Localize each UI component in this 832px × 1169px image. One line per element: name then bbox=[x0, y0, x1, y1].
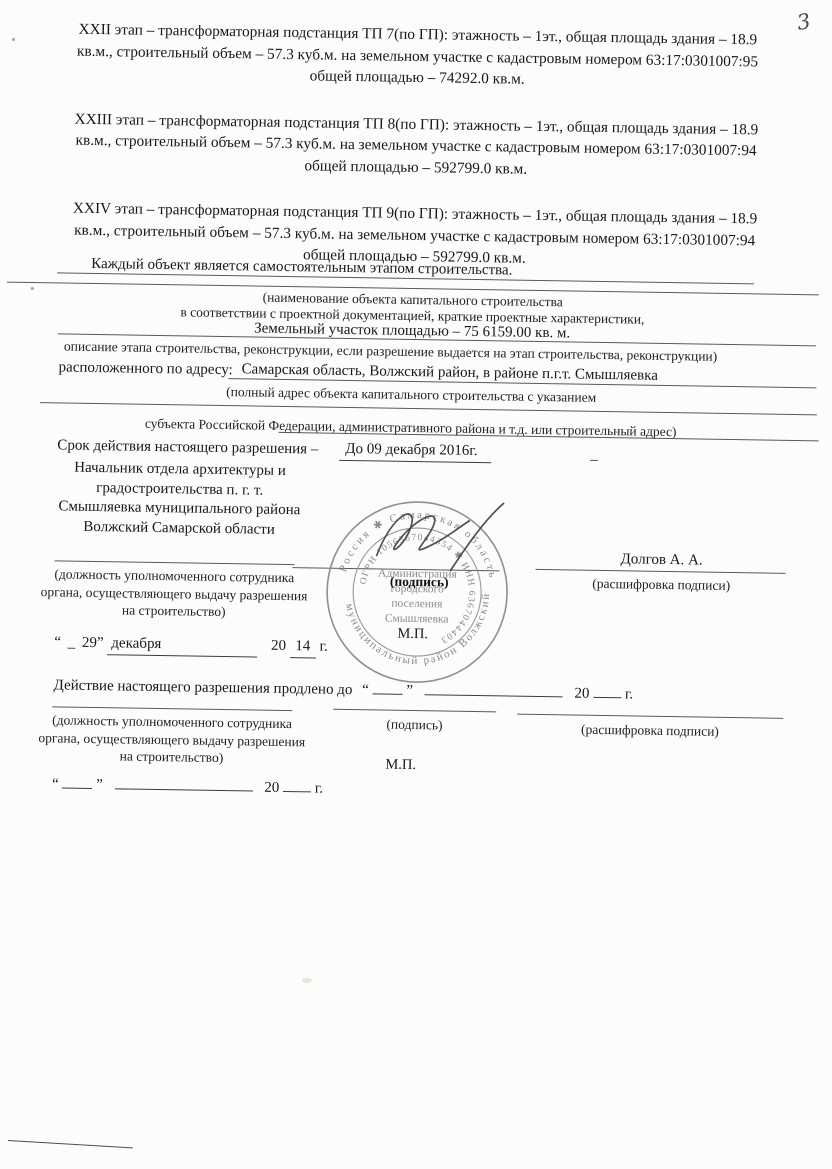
extension-seal-mark: М.П. bbox=[385, 757, 416, 774]
issue-month: декабря bbox=[107, 633, 257, 657]
validity-trailing-dash: _ bbox=[590, 445, 598, 465]
extension-year-blank bbox=[593, 682, 621, 698]
official-round-stamp: Россия ✱ Самарская область муниципальный… bbox=[321, 496, 514, 689]
close-quote: ” bbox=[96, 777, 103, 793]
form-line bbox=[55, 560, 295, 565]
date-day-blank bbox=[62, 773, 92, 789]
position-caption: (должность уполномоченного сотрудника ор… bbox=[40, 565, 309, 622]
extension-month-blank bbox=[425, 679, 563, 697]
date-century: 20 bbox=[264, 780, 279, 796]
official-title: Начальник отдела архитектуры и градостро… bbox=[53, 458, 306, 540]
extension-name-caption: (расшифровка подписи) bbox=[517, 720, 783, 741]
day-underscore: _ bbox=[68, 635, 76, 651]
extension-position-caption: (должность уполномоченного сотрудника ор… bbox=[37, 711, 306, 768]
close-quote: ” bbox=[406, 683, 413, 699]
form-line bbox=[52, 706, 292, 711]
validity-value: До 09 декабря 2016г. bbox=[339, 439, 492, 463]
scanned-permit-page: 3 XXII этап – трансформаторная подстанци… bbox=[0, 0, 832, 1169]
extension-signature-caption: (подпись) bbox=[333, 715, 496, 735]
stage-paragraph-xxiii: XXIII этап – трансформаторная подстанция… bbox=[63, 108, 770, 184]
extension-text: Действие настоящего разрешения продлено … bbox=[53, 677, 352, 698]
extension-year-suffix: г. bbox=[625, 686, 633, 702]
signature-caption: (подпись) bbox=[344, 572, 494, 591]
open-quote: “ bbox=[54, 634, 61, 650]
official-name: Долгов А. А. bbox=[538, 548, 786, 572]
stage-paragraph-xxii: XXII этап – трансформаторная подстанция … bbox=[64, 18, 771, 94]
issue-year-suffix: г. bbox=[319, 639, 327, 655]
extension-day-blank bbox=[373, 678, 403, 694]
extension-date-row: “ ” 20 г. bbox=[52, 772, 323, 798]
address-label: расположенного по адресу: bbox=[58, 357, 232, 380]
validity-value-text: До 09 декабря 2016г. bbox=[339, 439, 492, 463]
open-quote: “ bbox=[52, 776, 59, 792]
document-content: XXII этап – трансформаторная подстанция … bbox=[0, 0, 832, 1169]
date-month-blank bbox=[115, 773, 253, 791]
extension-signature-line bbox=[333, 709, 496, 713]
extension-century: 20 bbox=[574, 686, 589, 702]
stamp-center-line-3: поселения bbox=[391, 598, 443, 611]
stamp-center-line-4: Смышляевка bbox=[385, 613, 449, 626]
caption-full-address-1: (полный адрес объекта капитального строи… bbox=[0, 379, 827, 409]
extension-row: Действие настоящего разрешения продлено … bbox=[53, 673, 633, 704]
issue-year: 14 bbox=[290, 636, 316, 658]
name-caption: (расшифровка подписи) bbox=[537, 574, 785, 595]
issue-date-row: “ _ 29” декабря 20 14 г. bbox=[54, 632, 328, 658]
issue-century: 20 bbox=[271, 638, 286, 654]
issue-day: 29” bbox=[82, 635, 104, 651]
open-quote: “ bbox=[362, 682, 369, 698]
validity-label: Срок действия настоящего разрешения – bbox=[57, 435, 318, 459]
date-year-suffix: г. bbox=[315, 780, 323, 796]
extension-name-line bbox=[517, 714, 783, 719]
date-year-blank bbox=[283, 776, 311, 792]
seal-mark: М.П. bbox=[397, 626, 428, 643]
